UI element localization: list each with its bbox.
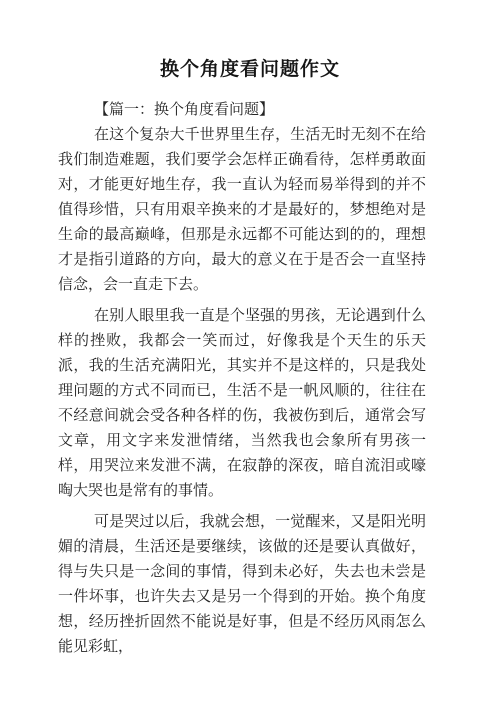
document-title: 换个角度看问题作文 <box>0 0 500 83</box>
paragraph-3: 可是哭过以后，我就会想，一觉醒来，又是阳光明媚的清晨，生活还是要继续，该做的还是… <box>58 510 426 660</box>
paragraph-1: 在这个复杂大千世界里生存，生活无时无刻不在给我们制造难题，我们要学会怎样正确看待… <box>58 123 426 298</box>
document-page: 换个角度看问题作文 【篇一：换个角度看问题】 在这个复杂大千世界里生存，生活无时… <box>0 0 500 707</box>
paragraph-2: 在别人眼里我一直是个坚强的男孩，无论遇到什么样的挫败，我都会一笑而过，好像我是个… <box>58 304 426 504</box>
document-body: 【篇一：换个角度看问题】 在这个复杂大千世界里生存，生活无时无刻不在给我们制造难… <box>58 98 426 660</box>
section-heading: 【篇一：换个角度看问题】 <box>58 98 426 123</box>
